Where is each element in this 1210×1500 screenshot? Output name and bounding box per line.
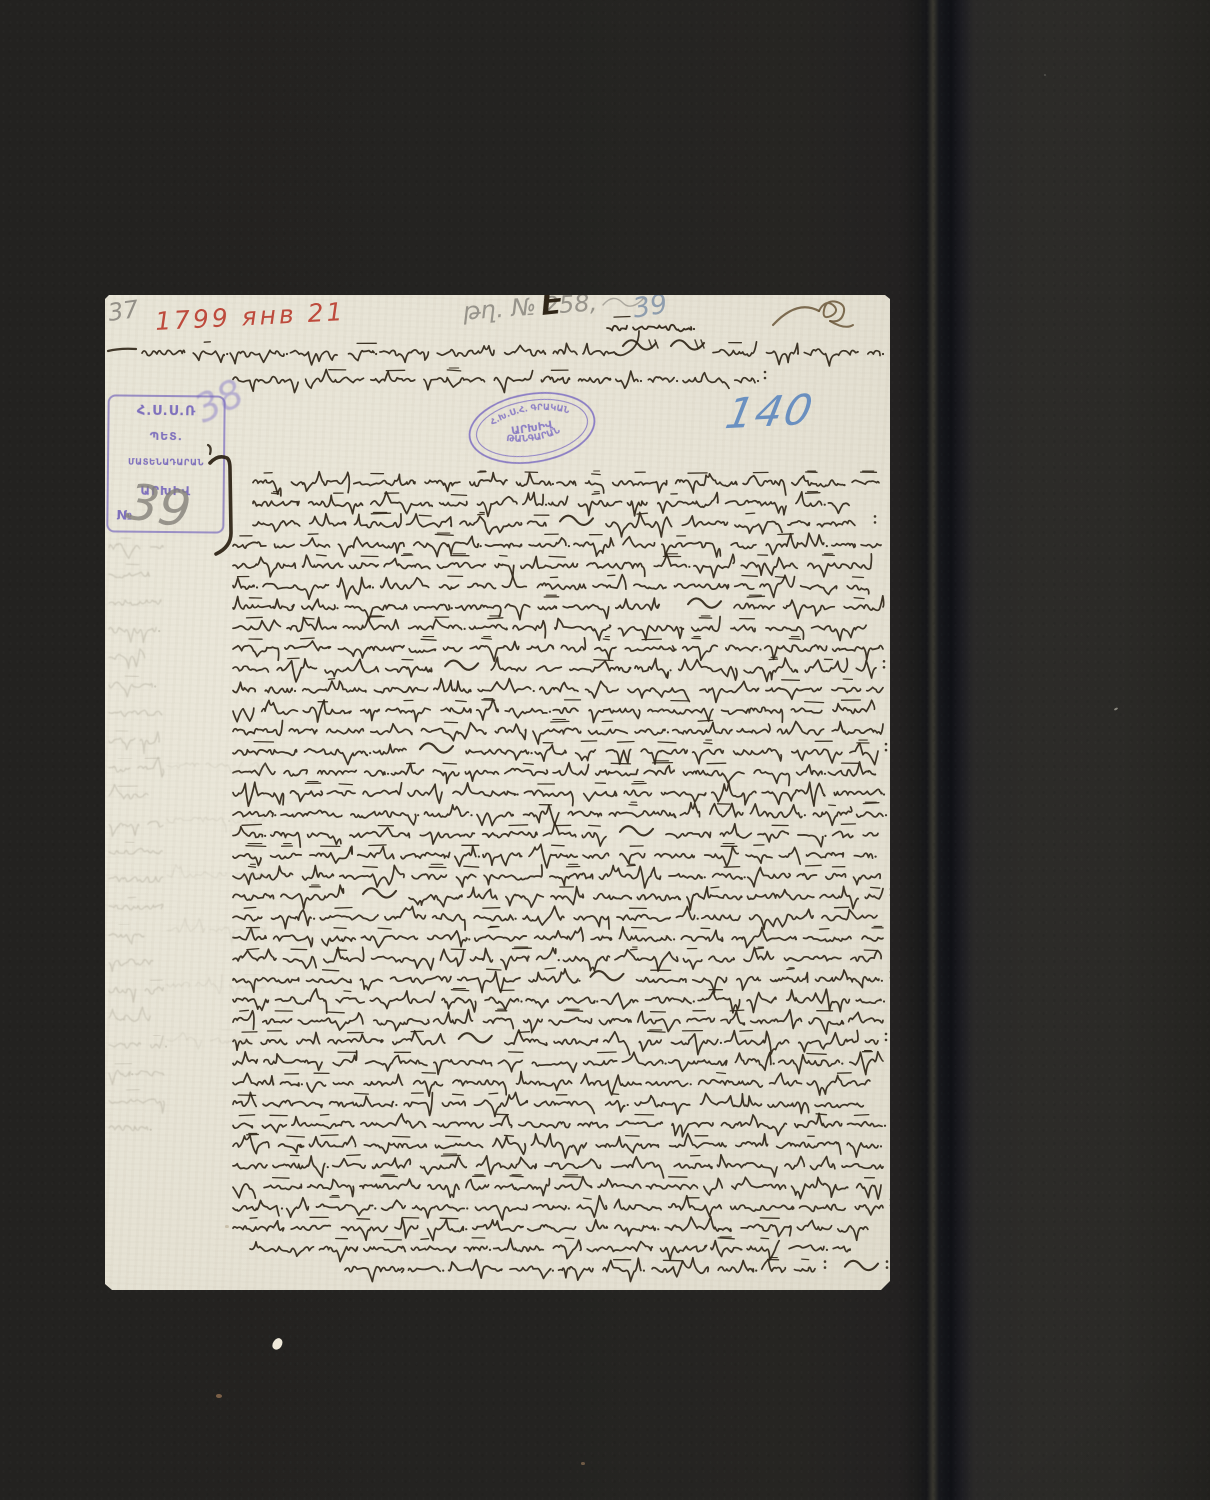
dust-speck [216,1394,222,1398]
archival-scan-photo: 37 1799 янв 21 թղ. № 258, Է 39 140 38 Հ.… [0,0,1210,1500]
dust-speck [581,1462,585,1465]
dust-speck [1044,74,1046,76]
dust-speck [1114,707,1118,711]
handwriting-layer [105,295,890,1290]
manuscript-page: 37 1799 янв 21 թղ. № 258, Է 39 140 38 Հ.… [105,295,890,1290]
foxing-spot [665,935,668,937]
foxing-spot [355,625,358,628]
dust-speck [270,1337,284,1352]
foxing-spot [225,1225,229,1228]
